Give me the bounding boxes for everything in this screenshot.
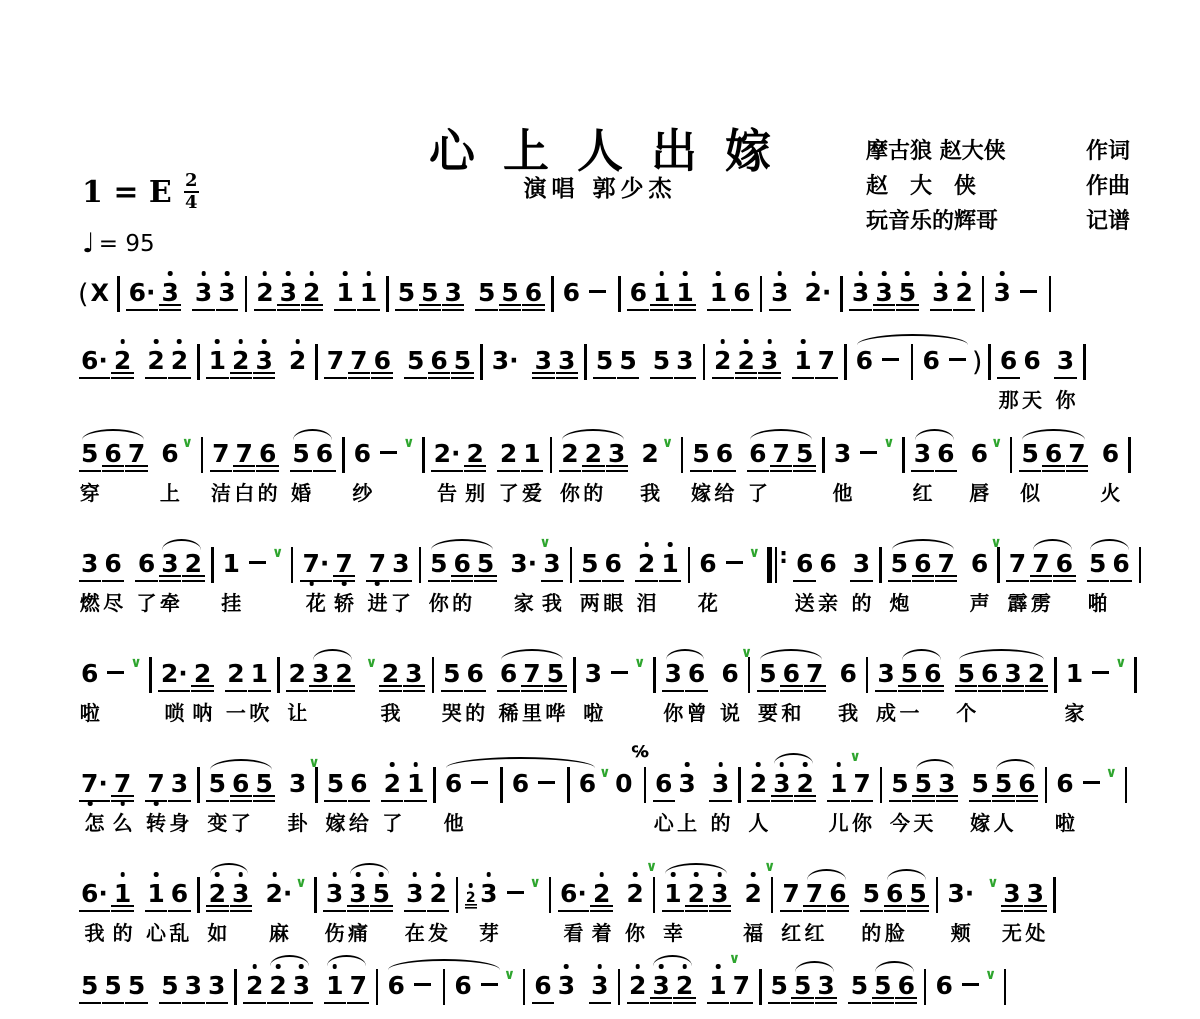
note-digit: 6 xyxy=(1053,549,1075,582)
note-digit: 1 xyxy=(707,971,729,1004)
note-digit: 2 xyxy=(685,879,707,912)
note: 5变 xyxy=(206,769,228,802)
duration-dash xyxy=(949,358,966,362)
note: 7 xyxy=(348,346,370,379)
note-digit: 7 xyxy=(324,346,346,379)
breath-mark-icon: ∨ xyxy=(599,766,612,780)
breath-mark-icon: ∨ xyxy=(662,436,675,450)
note-digit: 1 xyxy=(111,879,133,912)
duration-dash xyxy=(414,983,431,987)
note-digit: 2 xyxy=(582,439,604,472)
note: 6和 xyxy=(780,659,802,692)
note-digit: 2 xyxy=(465,890,477,909)
note-digit: 6 xyxy=(853,346,875,379)
note-digit: 3 xyxy=(347,879,369,912)
note: 3 xyxy=(230,879,252,912)
note-digit: 3 xyxy=(1002,659,1024,692)
note: 5穿 xyxy=(79,439,101,472)
note-digit: 5 xyxy=(690,439,712,472)
breath-mark-icon: ∨ xyxy=(987,876,1000,890)
note: 6 xyxy=(522,278,544,311)
note: 5 xyxy=(79,971,101,1004)
note-digit: 2 xyxy=(243,971,265,1004)
note-digit: 2 xyxy=(627,971,649,1004)
note: 3他 xyxy=(831,439,853,472)
note: 6火 xyxy=(1099,439,1121,472)
lyric-syllable: 和 xyxy=(781,703,801,723)
barline xyxy=(924,969,927,1005)
note-digit: 1 xyxy=(792,346,814,379)
credit-name: 赵 大 侠 xyxy=(866,169,976,204)
note: 2让 xyxy=(286,659,308,692)
note: 7 xyxy=(730,971,752,1004)
lyric-syllable: 的 xyxy=(113,923,133,943)
note: 5 xyxy=(593,346,615,379)
meter-denominator: 4 xyxy=(185,194,198,212)
note: 6 xyxy=(452,971,474,1004)
note: 6· xyxy=(126,278,158,311)
slur-group: 17 xyxy=(323,971,370,1004)
note-digit: 6 xyxy=(451,549,473,582)
note-digit: 2 xyxy=(182,549,204,582)
note: 2 xyxy=(735,346,757,379)
barline xyxy=(456,877,459,913)
barline xyxy=(386,276,389,312)
note: 5 xyxy=(370,879,392,912)
duration-dash xyxy=(107,671,124,675)
note: 6· xyxy=(79,346,111,379)
note-digit: 3 xyxy=(216,278,238,311)
note-digit: 3 xyxy=(182,971,204,1004)
note-digit: 6 xyxy=(793,549,815,582)
note: 5 xyxy=(791,971,813,1004)
note: 7转 xyxy=(145,769,167,802)
note-digit: 2 xyxy=(464,439,486,472)
lyric-syllable: 他 xyxy=(833,483,853,503)
note: 5 xyxy=(125,971,147,1004)
note-digit: 3 xyxy=(1054,346,1076,379)
note: 3的 xyxy=(709,769,731,802)
note: 7 xyxy=(770,439,792,472)
breath-mark-icon: ∨ xyxy=(634,656,647,670)
note-digit: 2 xyxy=(230,346,252,379)
note: 6曾 xyxy=(685,659,707,692)
note-digit: 5 xyxy=(888,549,910,582)
note-digit: 2 xyxy=(333,659,355,692)
note: 3伤 xyxy=(323,879,345,912)
note-digit: 5 xyxy=(441,659,463,692)
lyric-syllable: 无 xyxy=(1002,923,1022,943)
key-signature: 1 = E 2 4 xyxy=(82,172,199,212)
lyric-syllable: 稀 xyxy=(499,703,519,723)
note: 2了 xyxy=(381,769,403,802)
note-digit: 3 xyxy=(650,971,672,1004)
note-digit: 5 xyxy=(1019,439,1041,472)
note: 3 xyxy=(290,971,312,1004)
duration-dash xyxy=(249,561,266,565)
slur-group: 32 xyxy=(649,971,696,1004)
lyric-syllable: 啪 xyxy=(1088,593,1108,613)
note-digit: 3 xyxy=(662,659,684,692)
note: 2 xyxy=(712,346,734,379)
slur-group: 3你6曾 xyxy=(662,659,709,692)
lyric-syllable: 变 xyxy=(207,813,227,833)
slur-group: 5变6了5 xyxy=(206,769,276,802)
note-digit: 6 xyxy=(895,971,917,1004)
lyric-syllable: 了 xyxy=(391,593,411,613)
note-digit: 5 xyxy=(253,769,275,802)
note-digit: 2 xyxy=(145,346,167,379)
note: 2 xyxy=(673,971,695,1004)
note-digit: 6 xyxy=(560,278,582,311)
note: 6稀 xyxy=(497,659,519,692)
note: 7 xyxy=(125,439,147,472)
note-digit: 5 xyxy=(370,879,392,912)
note: 2 xyxy=(333,659,355,692)
note-digit: 6 xyxy=(912,549,934,582)
note-digit: 5 xyxy=(206,769,228,802)
note: 6我 xyxy=(837,659,859,692)
barline xyxy=(376,969,379,1005)
note-digit: 6 xyxy=(532,971,554,1004)
note-digit: 3 xyxy=(286,769,308,802)
note-digit: 1 xyxy=(404,769,426,802)
note-digit: 5 xyxy=(474,549,496,582)
note: 1 xyxy=(707,278,729,311)
note: 7洁 xyxy=(210,439,232,472)
note: 6 xyxy=(1042,439,1064,472)
lyric-syllable: 两 xyxy=(580,593,600,613)
barline xyxy=(618,969,621,1005)
note-digit: 6 xyxy=(522,278,544,311)
lyric-syllable: 唇 xyxy=(969,483,989,503)
breath-mark-icon: ∨ xyxy=(985,968,998,982)
credit-role: 作词 xyxy=(1086,134,1130,169)
lyric-syllable: 亲 xyxy=(818,593,838,613)
note: 7霹 xyxy=(1006,549,1028,582)
lyric-syllable: 嫁 xyxy=(970,813,990,833)
sheet-music-page: 心上人出嫁 演唱 郭少杰 摩古狼 赵大侠 作词 赵 大 侠 作曲 玩音乐的辉哥 … xyxy=(0,0,1200,1019)
note-digit: 5 xyxy=(125,971,147,1004)
note: 5要 xyxy=(757,659,779,692)
lyric-syllable: 转 xyxy=(146,813,166,833)
note-digit: 6 xyxy=(697,549,719,582)
note: 3了 xyxy=(390,549,412,582)
note-digit: 1 xyxy=(707,278,729,311)
note: 5 xyxy=(872,971,894,1004)
note-digit: 6 xyxy=(1054,769,1076,802)
duration-dash xyxy=(962,983,979,987)
note-digit: 6 xyxy=(780,659,802,692)
slur-group: 5你6的5 xyxy=(427,549,497,582)
note-digit: 3 xyxy=(206,971,228,1004)
note-digit: 3 xyxy=(79,549,101,582)
breath-mark-icon: ∨ xyxy=(295,876,308,890)
note-digit: 3 xyxy=(674,346,696,379)
note: 3我 xyxy=(541,549,563,582)
note-digit: 3 xyxy=(676,769,698,802)
note: 2 xyxy=(465,890,477,909)
credit-lyricist: 摩古狼 赵大侠 作词 xyxy=(866,134,1130,169)
note-digit: 1 xyxy=(662,879,684,912)
note: 5人 xyxy=(992,769,1014,802)
note-digit: 6 xyxy=(1099,439,1121,472)
duration-dash xyxy=(1083,781,1100,785)
lyric-syllable: 的 xyxy=(452,593,472,613)
note: 6 xyxy=(920,346,942,379)
lyric-syllable: 哗 xyxy=(545,703,565,723)
credit-composer: 赵 大 侠 作曲 xyxy=(866,169,1130,204)
note-digit: 6· xyxy=(126,278,158,311)
note: 1∨ xyxy=(707,971,729,1004)
lyric-syllable: 卦 xyxy=(288,813,308,833)
note-digit: 6· xyxy=(79,879,111,912)
note: 7白 xyxy=(233,439,255,472)
note-digit: 2· xyxy=(158,659,190,692)
slur-group: 2如3 xyxy=(206,879,253,912)
note: 3∨卦 xyxy=(286,769,308,802)
note-digit: 6 xyxy=(464,659,486,692)
lyric-syllable: 的 xyxy=(861,923,881,943)
lyric-syllable: 麻 xyxy=(269,923,289,943)
barline xyxy=(844,344,847,380)
note: 3 xyxy=(216,278,238,311)
note: 3 xyxy=(650,971,672,1004)
note: 6尽 xyxy=(102,549,124,582)
note: 6 xyxy=(313,439,335,472)
note: 3 xyxy=(309,659,331,692)
note-digit: 2 xyxy=(747,769,769,802)
barline xyxy=(936,877,939,913)
lyric-syllable: 颊 xyxy=(951,923,971,943)
barline xyxy=(653,877,656,913)
note-digit: 1 xyxy=(334,278,356,311)
note-digit: 1 xyxy=(220,549,242,582)
note-digit: 3 xyxy=(769,278,791,311)
lyric-syllable: 我 xyxy=(380,703,400,723)
slur-group: 23 xyxy=(266,971,313,1004)
lyric-syllable: 着 xyxy=(592,923,612,943)
note-digit: 1 xyxy=(1063,659,1085,692)
lyric-syllable: 他 xyxy=(444,813,464,833)
notation-line: 6·22212327765653·3355532231766)6那6天3你 xyxy=(78,344,1140,380)
lyric-syllable: 你 xyxy=(663,703,683,723)
lyric-syllable: 今 xyxy=(890,813,910,833)
lyric-syllable: 乱 xyxy=(169,923,189,943)
note: 5一 xyxy=(898,659,920,692)
lyric-syllable: 你 xyxy=(625,923,645,943)
lyric-syllable: 啦 xyxy=(80,703,100,723)
music-system: 7·怎7么7转3身5变6了53∨卦5嫁6给2了16他66∨0℅6心3上3的2人3… xyxy=(78,766,1140,803)
lyric-syllable: 婚 xyxy=(291,483,311,503)
music-system: (X6·3332321155355666111632·335323 xyxy=(78,276,1140,312)
barline xyxy=(550,437,553,473)
note: 7红 xyxy=(803,879,825,912)
note: 2·告 xyxy=(431,439,463,472)
barline xyxy=(419,547,422,583)
note: 5嫁 xyxy=(324,769,346,802)
note: 6 xyxy=(933,971,955,1004)
credit-transcriber: 玩音乐的辉哥 记谱 xyxy=(866,204,1130,239)
note-digit: 3 xyxy=(606,439,628,472)
lyric-syllable: 吹 xyxy=(249,703,269,723)
note: 3 xyxy=(771,769,793,802)
slur-group: 3红6 xyxy=(911,439,958,472)
note-digit: 1 xyxy=(206,346,228,379)
credit-name: 玩音乐的辉哥 xyxy=(866,204,998,239)
note: 3身 xyxy=(168,769,190,802)
lyric-syllable: 哭 xyxy=(442,703,462,723)
note: 3 xyxy=(709,879,731,912)
note: 3 xyxy=(159,278,181,311)
barline xyxy=(902,437,905,473)
note: 3 xyxy=(936,769,958,802)
note: 6 xyxy=(385,971,407,1004)
note-digit: 6 xyxy=(79,659,101,692)
note: 5婚 xyxy=(290,439,312,472)
note-digit: 3 xyxy=(991,278,1013,311)
note: 5啪 xyxy=(1087,549,1109,582)
note-digit: 7 xyxy=(1006,549,1028,582)
note-digit: 5 xyxy=(860,879,882,912)
note: 1 xyxy=(334,278,356,311)
note-digit: 6 xyxy=(968,549,990,582)
barline xyxy=(1010,437,1013,473)
note: 6纱 xyxy=(351,439,373,472)
note: 0 xyxy=(613,769,635,802)
note-digit: 1 xyxy=(674,278,696,311)
note: 3 xyxy=(532,346,554,379)
note: 2 xyxy=(254,278,276,311)
note-digit: 2 xyxy=(624,879,646,912)
note-digit: 6 xyxy=(135,549,157,582)
lyric-syllable: 了 xyxy=(231,813,251,833)
note-digit: 7 xyxy=(780,879,802,912)
note-digit: 7 xyxy=(521,659,543,692)
note-digit: 2 xyxy=(206,879,228,912)
barline xyxy=(1139,547,1142,583)
note-digit: 6 xyxy=(230,769,252,802)
note: 6亲 xyxy=(817,549,839,582)
note: 3·颊 xyxy=(945,879,977,912)
lyric-syllable: 轿 xyxy=(334,593,354,613)
note: 2 xyxy=(627,971,649,1004)
lyric-syllable: 炮 xyxy=(889,593,909,613)
barline xyxy=(549,877,552,913)
note-digit: 3 xyxy=(582,659,604,692)
note: 2 xyxy=(145,346,167,379)
note-digit: 6 xyxy=(968,439,990,472)
duration-dash xyxy=(471,781,488,785)
note: 5炮 xyxy=(888,549,910,582)
note-digit: 5 xyxy=(768,971,790,1004)
lyric-syllable: 家 xyxy=(514,593,534,613)
note-digit: 6 xyxy=(351,439,373,472)
note: 3· xyxy=(489,346,521,379)
note: 6∨声 xyxy=(968,549,990,582)
note: 3在 xyxy=(404,879,426,912)
note: 5哗 xyxy=(544,659,566,692)
lyric-syllable: 红 xyxy=(804,923,824,943)
meter-numerator: 2 xyxy=(185,172,198,190)
note: 1幸 xyxy=(662,879,684,912)
note: 3 xyxy=(849,278,871,311)
slur-group: 3痛5 xyxy=(346,879,393,912)
note: 6·我 xyxy=(79,879,111,912)
note: 5 xyxy=(395,278,417,311)
note: 3 xyxy=(253,346,275,379)
note: 5 xyxy=(617,346,639,379)
note-digit: 6 xyxy=(713,439,735,472)
note: 2 xyxy=(1025,659,1047,692)
note: 6唇 xyxy=(968,439,990,472)
note: 1 xyxy=(404,769,426,802)
note-digit: 3 xyxy=(192,278,214,311)
note-digit: 3 xyxy=(253,346,275,379)
lyric-syllable: 幸 xyxy=(663,923,683,943)
note-digit: 2 xyxy=(673,971,695,1004)
breath-mark-icon: ∨ xyxy=(539,536,550,550)
note-digit: 5 xyxy=(593,346,615,379)
duration-dash xyxy=(507,891,524,895)
notation-line: 5555332231766∨6332321∨75535566∨ xyxy=(78,968,1140,1005)
barline xyxy=(840,276,843,312)
credit-role: 记谱 xyxy=(1086,204,1130,239)
note: 6∨说 xyxy=(719,659,741,692)
lyric-syllable: 的 xyxy=(583,483,603,503)
note: 3 xyxy=(555,971,577,1004)
breath-mark-icon: ∨ xyxy=(990,536,1001,550)
note-digit: 6 xyxy=(102,549,124,582)
lyric-syllable: 火 xyxy=(1100,483,1120,503)
note: 6心 xyxy=(653,769,675,802)
note: 2 xyxy=(168,346,190,379)
lyric-syllable: 痛 xyxy=(348,923,368,943)
breath-mark-icon: ∨ xyxy=(646,860,657,874)
note: 6 xyxy=(853,346,875,379)
breath-mark-icon: ∨ xyxy=(749,546,762,560)
music-system: 6啦∨2·唢2呐2一1吹2让32∨2我35哭6的6稀7里5哗3啦∨3你6曾6∨说… xyxy=(78,656,1140,693)
lyric-syllable: 心 xyxy=(146,923,166,943)
slur-group: 3牵2 xyxy=(158,549,205,582)
barline xyxy=(573,657,576,693)
lyric-syllable: 一 xyxy=(226,703,246,723)
note-digit: 1 xyxy=(659,549,681,582)
note: 6的 xyxy=(256,439,278,472)
lyric-syllable: 上 xyxy=(677,813,697,833)
note: 6 xyxy=(509,769,531,802)
note: 6上 xyxy=(159,439,181,472)
note: 7 xyxy=(347,971,369,1004)
slur-group: 7红6 xyxy=(803,879,850,912)
note-digit: 2 xyxy=(712,346,734,379)
note: 5天 xyxy=(912,769,934,802)
note-digit: 6 xyxy=(731,278,753,311)
note-digit: 5 xyxy=(1087,549,1109,582)
note: 1吹 xyxy=(248,659,270,692)
note: 2着 xyxy=(590,879,612,912)
note: 5 xyxy=(159,971,181,1004)
lyric-syllable: 个 xyxy=(956,703,976,723)
slur-group: 5啪6 xyxy=(1086,549,1133,582)
note: 3 xyxy=(991,278,1013,311)
note: 6了 xyxy=(135,549,157,582)
lyric-syllable: 说 xyxy=(720,703,740,723)
note: 5 xyxy=(475,278,497,311)
note-digit: 6 xyxy=(168,879,190,912)
note: 6 xyxy=(827,879,849,912)
note-digit: 6 xyxy=(884,879,906,912)
